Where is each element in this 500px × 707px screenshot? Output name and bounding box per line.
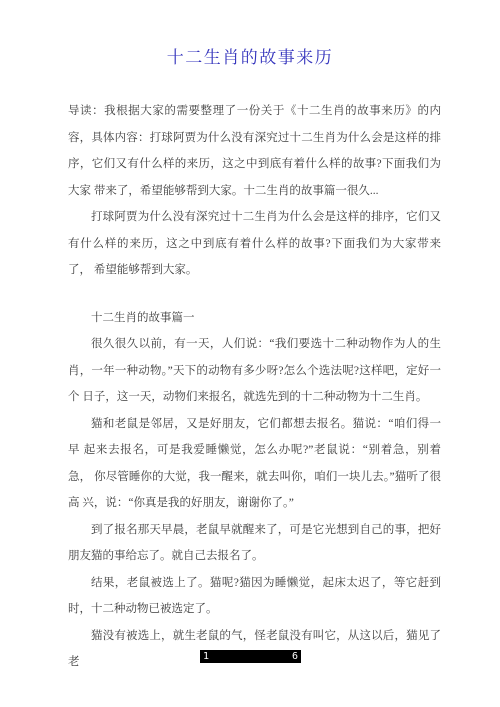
page-title: 十二生肖的故事来历	[0, 46, 500, 70]
body-paragraph: 猫和老鼠是邻居，又是好朋友，它们都想去报名。猫说：“咱们得一早 起来去报名，可是…	[68, 411, 441, 517]
intro-paragraph: 导读：我根据大家的需要整理了一份关于《十二生肖的故事来历》的内容，具体内容：打球…	[68, 98, 441, 204]
document-body: 导读：我根据大家的需要整理了一份关于《十二生肖的故事来历》的内容，具体内容：打球…	[68, 98, 441, 676]
current-page-number: 1	[203, 650, 209, 663]
section-heading: 十二生肖的故事篇一	[68, 305, 441, 332]
document-page: 十二生肖的故事来历 导读：我根据大家的需要整理了一份关于《十二生肖的故事来历》的…	[0, 0, 500, 707]
body-paragraph: 打球阿贾为什么没有深究过十二生肖为什么会是这样的排序，它们又有什么样的来历，这之…	[68, 204, 441, 284]
body-paragraph-truncated: 猫没有被选上，就生老鼠的气，怪老鼠没有叫它，从这以后，猫见了老	[68, 623, 441, 676]
body-paragraph: 很久很久以前，有一天，人们说：“我们要选十二种动物作为人的生肖，一年一种动物。”…	[68, 331, 441, 411]
body-paragraph: 结果，老鼠被选上了。猫呢?猫因为睡懒觉，起床太迟了，等它赶到时，十二种动物已被选…	[68, 570, 441, 623]
body-paragraph: 到了报名那天早晨，老鼠早就醒来了，可是它光想到自己的事，把好朋友猫的事给忘了。就…	[68, 517, 441, 570]
total-pages-number: 6	[292, 650, 298, 663]
page-indicator-bar: 1 6	[200, 650, 301, 663]
